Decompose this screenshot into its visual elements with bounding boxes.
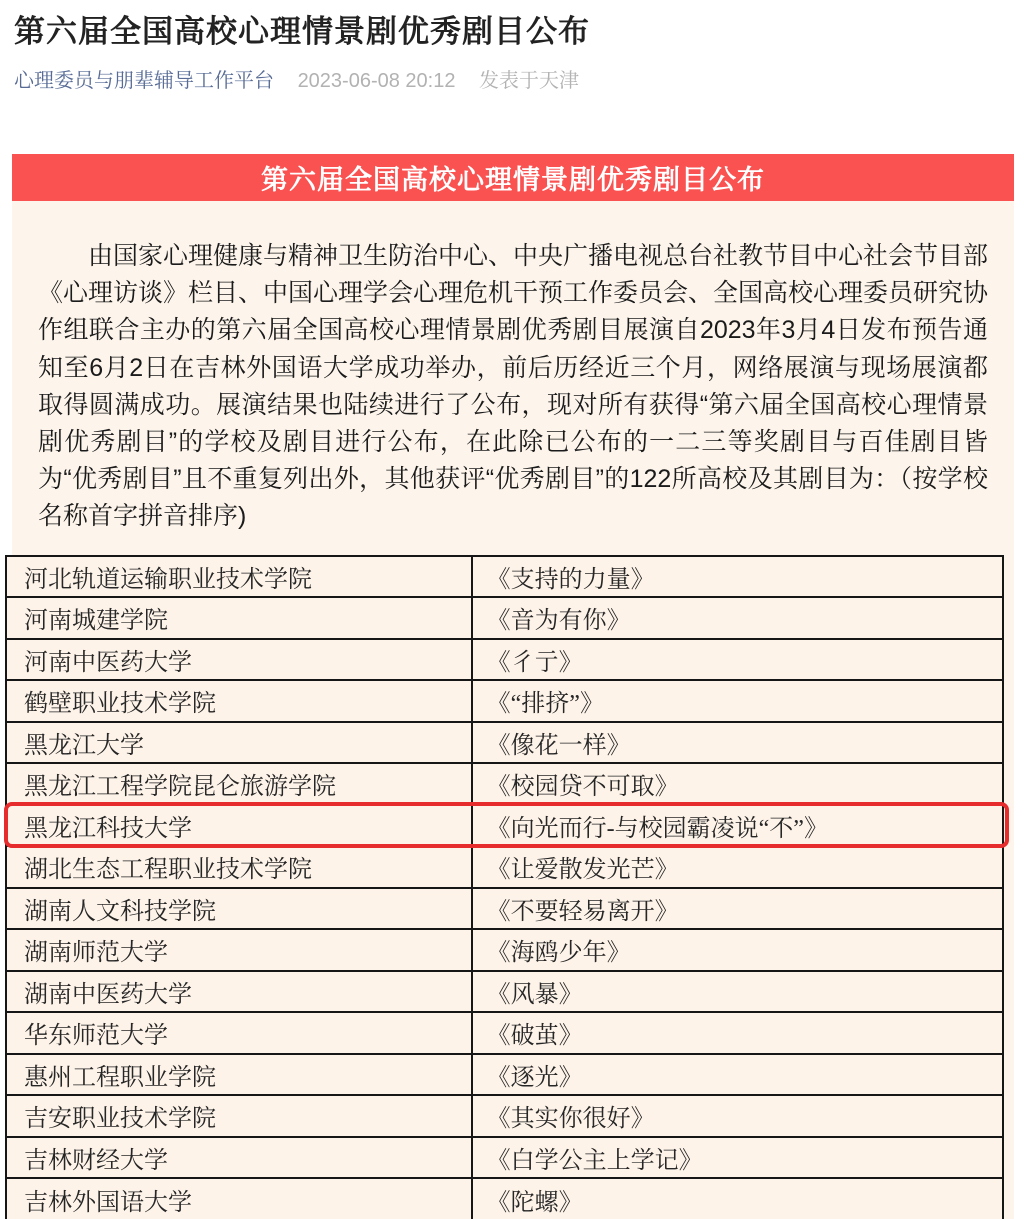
play-cell: 《音为有你》 xyxy=(473,598,1002,638)
table-row: 河北轨道运输职业技术学院《支持的力量》 xyxy=(7,557,1002,599)
school-cell: 湖南人文科技学院 xyxy=(7,889,473,929)
school-cell: 吉安职业技术学院 xyxy=(7,1096,473,1136)
school-cell: 吉林财经大学 xyxy=(7,1138,473,1178)
play-cell: 《陀螺》 xyxy=(473,1179,1002,1219)
play-cell: 《像花一样》 xyxy=(473,723,1002,763)
school-cell: 湖南中医药大学 xyxy=(7,972,473,1012)
intro-paragraph: 由国家心理健康与精神卫生防治中心、中央广播电视总台社教节目中心社会节目部《心理访… xyxy=(38,238,988,536)
article-card: 第六届全国高校心理情景剧优秀剧目公布 由国家心理健康与精神卫生防治中心、中央广播… xyxy=(12,154,1014,1219)
play-cell: 《“排挤”》 xyxy=(473,681,1002,721)
table-row: 湖北生态工程职业技术学院《让爱散发光芒》 xyxy=(7,847,1002,889)
school-cell: 湖北生态工程职业技术学院 xyxy=(7,847,473,887)
publish-timestamp: 2023-06-08 20:12 xyxy=(298,70,456,92)
table-row: 吉林财经大学《白学公主上学记》 xyxy=(7,1138,1002,1180)
play-cell: 《海鸥少年》 xyxy=(473,930,1002,970)
table-row: 湖南师范大学《海鸥少年》 xyxy=(7,930,1002,972)
table-row: 黑龙江工程学院昆仑旅游学院《校园贷不可取》 xyxy=(7,764,1002,806)
publish-location: 发表于天津 xyxy=(479,70,579,92)
school-cell: 鹤壁职业技术学院 xyxy=(7,681,473,721)
table-row: 黑龙江大学《像花一样》 xyxy=(7,723,1002,765)
school-cell: 河南城建学院 xyxy=(7,598,473,638)
school-cell: 河南中医药大学 xyxy=(7,640,473,680)
school-cell: 黑龙江科技大学 xyxy=(7,806,473,846)
play-cell: 《向光而行-与校园霸凌说“不”》 xyxy=(473,806,1002,846)
table-row: 吉安职业技术学院《其实你很好》 xyxy=(7,1096,1002,1138)
article-page: 第六届全国高校心理情景剧优秀剧目公布 心理委员与朋辈辅导工作平台 2023-06… xyxy=(0,0,1024,1219)
table-row: 吉林外国语大学《陀螺》 xyxy=(7,1179,1002,1219)
school-cell: 惠州工程职业学院 xyxy=(7,1055,473,1095)
table-row-highlighted: 黑龙江科技大学《向光而行-与校园霸凌说“不”》 xyxy=(7,806,1002,848)
play-cell: 《校园贷不可取》 xyxy=(473,764,1002,804)
play-cell: 《彳亍》 xyxy=(473,640,1002,680)
table-row: 湖南中医药大学《风暴》 xyxy=(7,972,1002,1014)
play-cell: 《其实你很好》 xyxy=(473,1096,1002,1136)
table-row: 华东师范大学《破茧》 xyxy=(7,1013,1002,1055)
school-cell: 华东师范大学 xyxy=(7,1013,473,1053)
play-cell: 《让爱散发光芒》 xyxy=(473,847,1002,887)
results-table: 河北轨道运输职业技术学院《支持的力量》河南城建学院《音为有你》河南中医药大学《彳… xyxy=(5,555,1004,1219)
play-cell: 《逐光》 xyxy=(473,1055,1002,1095)
table-row: 鹤壁职业技术学院《“排挤”》 xyxy=(7,681,1002,723)
school-cell: 湖南师范大学 xyxy=(7,930,473,970)
play-cell: 《风暴》 xyxy=(473,972,1002,1012)
table-row: 湖南人文科技学院《不要轻易离开》 xyxy=(7,889,1002,931)
byline: 心理委员与朋辈辅导工作平台 2023-06-08 20:12 发表于天津 xyxy=(14,64,1004,93)
play-cell: 《支持的力量》 xyxy=(473,557,1002,597)
school-cell: 吉林外国语大学 xyxy=(7,1179,473,1219)
school-cell: 河北轨道运输职业技术学院 xyxy=(7,557,473,597)
account-link[interactable]: 心理委员与朋辈辅导工作平台 xyxy=(14,70,274,92)
school-cell: 黑龙江大学 xyxy=(7,723,473,763)
banner-title: 第六届全国高校心理情景剧优秀剧目公布 xyxy=(12,154,1014,201)
play-cell: 《不要轻易离开》 xyxy=(473,889,1002,929)
table-row: 惠州工程职业学院《逐光》 xyxy=(7,1055,1002,1097)
school-cell: 黑龙江工程学院昆仑旅游学院 xyxy=(7,764,473,804)
table-row: 河南中医药大学《彳亍》 xyxy=(7,640,1002,682)
table-row: 河南城建学院《音为有你》 xyxy=(7,598,1002,640)
play-cell: 《白学公主上学记》 xyxy=(473,1138,1002,1178)
page-title: 第六届全国高校心理情景剧优秀剧目公布 xyxy=(14,6,994,51)
play-cell: 《破茧》 xyxy=(473,1013,1002,1053)
